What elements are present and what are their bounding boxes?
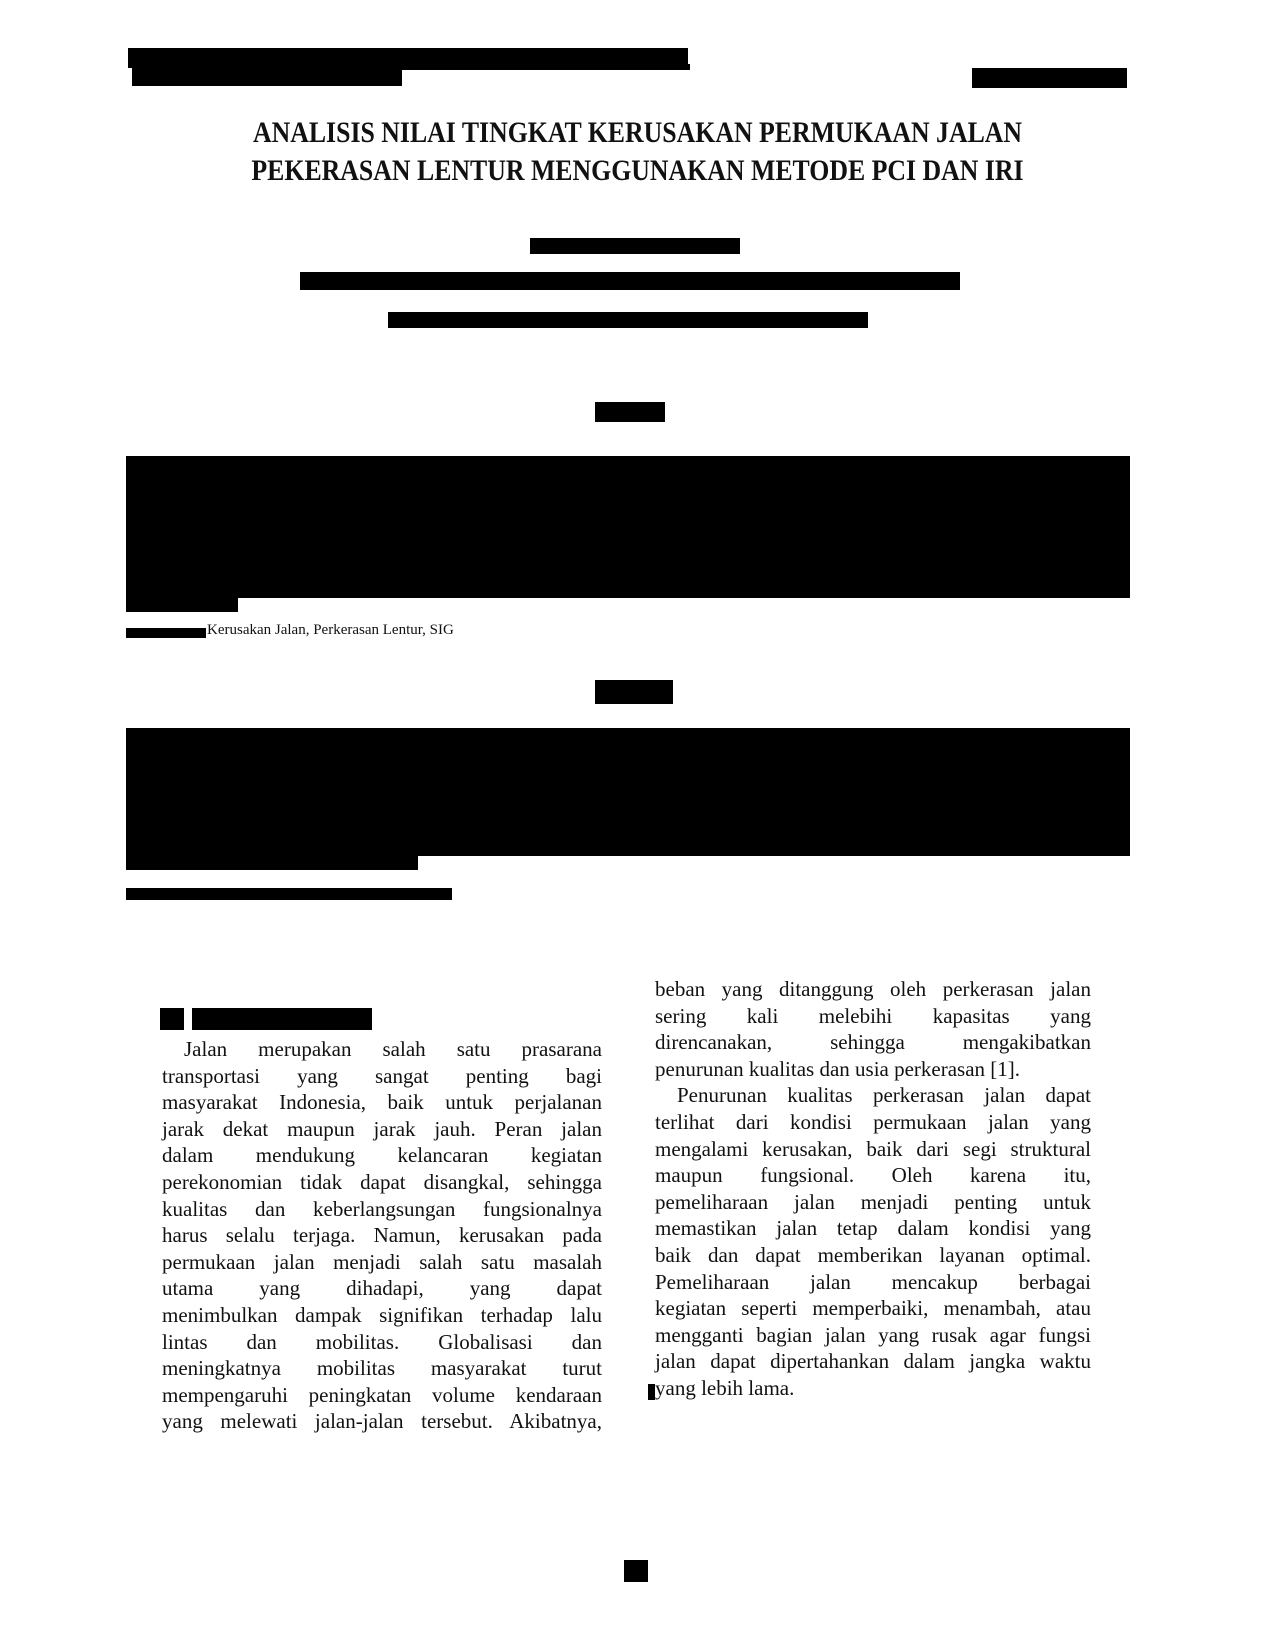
- body-line: terlihat dari kondisi permukaan jalan ya…: [655, 1109, 1091, 1136]
- journal-header-redacted: [400, 64, 690, 70]
- body-line: kualitas dan keberlangsungan fungsionaln…: [162, 1196, 602, 1223]
- abstract-en-body-redacted-tail: [126, 854, 418, 870]
- body-line: menimbulkan dampak signifikan terhadap l…: [162, 1302, 602, 1329]
- keywords-text: Kerusakan Jalan, Perkerasan Lentur, SIG: [207, 622, 454, 639]
- paper-title-line-2: PEKERASAN LENTUR MENGGUNAKAN METODE PCI …: [89, 152, 1186, 190]
- body-line: penurunan kualitas dan usia perkerasan […: [655, 1056, 1091, 1083]
- inline-redaction-mark: [648, 1384, 655, 1400]
- body-line: meningkatnya mobilitas masyarakat turut: [162, 1355, 602, 1382]
- body-line: beban yang ditanggung oleh perkerasan ja…: [655, 976, 1091, 1003]
- abstract-body-redacted: [126, 456, 1130, 598]
- body-line: harus selalu terjaga. Namun, kerusakan p…: [162, 1222, 602, 1249]
- body-line: memastikan jalan tetap dalam kondisi yan…: [655, 1215, 1091, 1242]
- body-line: Pemeliharaan jalan mencakup berbagai: [655, 1269, 1091, 1296]
- body-line: Jalan merupakan salah satu prasarana: [162, 1036, 602, 1063]
- body-line: mempengaruhi peningkatan volume kendaraa…: [162, 1382, 602, 1409]
- body-line: lintas dan mobilitas. Globalisasi dan: [162, 1329, 602, 1356]
- body-line: masyarakat Indonesia, baik untuk perjala…: [162, 1089, 602, 1116]
- abstract-en-heading-redacted: [595, 680, 673, 704]
- body-line: transportasi yang sangat penting bagi: [162, 1063, 602, 1090]
- body-right-column: beban yang ditanggung oleh perkerasan ja…: [655, 976, 1091, 1402]
- body-left-column: Jalan merupakan salah satu prasarana tra…: [162, 1036, 602, 1435]
- abstract-heading-redacted: [595, 402, 665, 422]
- body-line: direncanakan, sehingga mengakibatkan: [655, 1029, 1091, 1056]
- body-line: utama yang dihadapi, yang dapat: [162, 1275, 602, 1302]
- body-line: yang lebih lama.: [655, 1375, 1091, 1402]
- section-number-redacted: [160, 1008, 184, 1030]
- author-names-redacted: [530, 238, 740, 254]
- body-line: jarak dekat maupun jarak jauh. Peran jal…: [162, 1116, 602, 1143]
- abstract-en-keywords-redacted: [126, 888, 452, 900]
- body-line: mengganti bagian jalan yang rusak agar f…: [655, 1322, 1091, 1349]
- journal-header-redacted: [132, 64, 402, 86]
- body-line: perekonomian tidak dapat disangkal, sehi…: [162, 1169, 602, 1196]
- paper-title-line-1: ANALISIS NILAI TINGKAT KERUSAKAN PERMUKA…: [89, 114, 1186, 152]
- author-emails-redacted: [388, 312, 868, 328]
- abstract-body-redacted-tail: [126, 596, 238, 612]
- body-line: yang melewati jalan-jalan tersebut. Akib…: [162, 1408, 602, 1435]
- body-line: mengalami kerusakan, baik dari segi stru…: [655, 1136, 1091, 1163]
- body-line: sering kali melebihi kapasitas yang: [655, 1003, 1091, 1030]
- abstract-en-body-redacted: [126, 728, 1130, 856]
- body-line: dalam mendukung kelancaran kegiatan: [162, 1142, 602, 1169]
- section-heading-redacted: [192, 1008, 372, 1030]
- keywords-label-redacted: [126, 628, 206, 638]
- body-line: maupun fungsional. Oleh karena itu,: [655, 1162, 1091, 1189]
- page-number-redacted: [624, 1560, 648, 1582]
- body-line: jalan dapat dipertahankan dalam jangka w…: [655, 1348, 1091, 1375]
- body-line: permukaan jalan menjadi salah satu masal…: [162, 1249, 602, 1276]
- author-affiliation-redacted: [300, 272, 960, 290]
- body-line: baik dan dapat memberikan layanan optima…: [655, 1242, 1091, 1269]
- body-line: kegiatan seperti memperbaiki, menambah, …: [655, 1295, 1091, 1322]
- body-line: Penurunan kualitas perkerasan jalan dapa…: [655, 1082, 1091, 1109]
- body-line: pemeliharaan jalan menjadi penting untuk: [655, 1189, 1091, 1216]
- header-right-meta-redacted: [972, 68, 1127, 88]
